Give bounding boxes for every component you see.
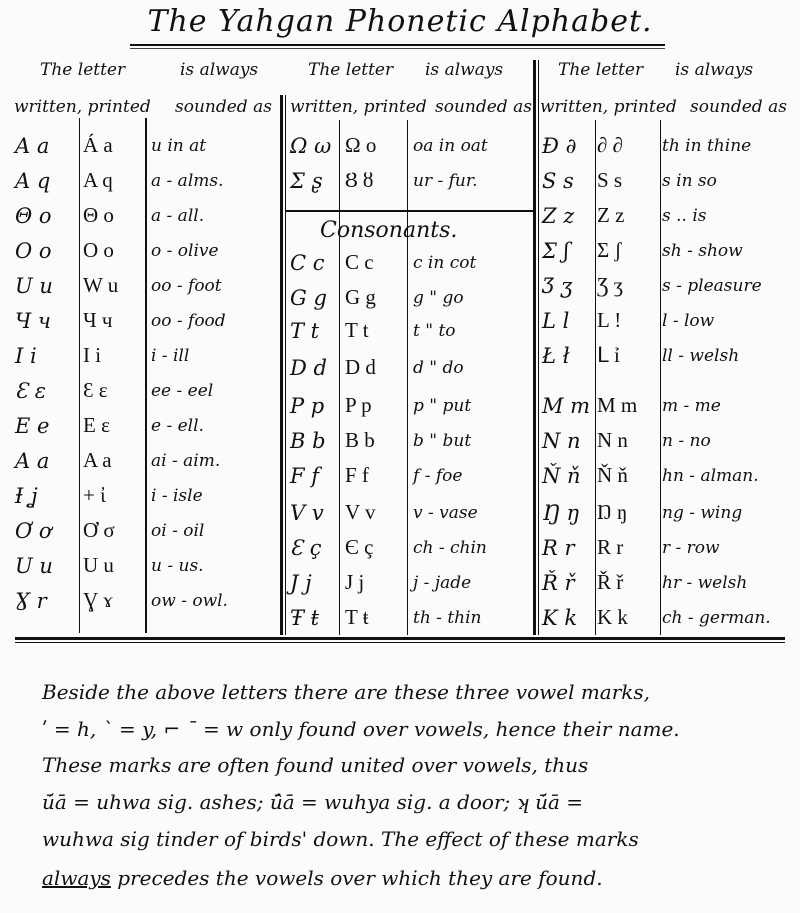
- consonants-heading: Consonants.: [320, 218, 457, 243]
- table-row: Ω ωΩ οoa in oat: [290, 128, 488, 163]
- header-sounded-as-2: sounded as: [435, 97, 532, 117]
- header-written-printed-1: written, printed: [14, 97, 151, 117]
- table-row: F fF ff - foe: [290, 458, 462, 493]
- vowel-consonant-divider: [285, 210, 535, 212]
- table-row: J jJ jj - jade: [290, 565, 471, 600]
- emphasis-always: always: [42, 866, 111, 890]
- note-line: ū́ā = uhwa sig. ashes; ū̂ā = wuhya sig. …: [42, 790, 583, 814]
- table-row: M mM mm - me: [542, 388, 721, 423]
- table-row: C cC cc in cot: [290, 245, 476, 280]
- table-row: I iI ii - ill: [15, 338, 189, 373]
- header-sounded-as-3: sounded as: [690, 97, 787, 117]
- table-row: T tT tt " to: [290, 313, 456, 348]
- note-line: Beside the above letters there are these…: [42, 680, 650, 704]
- header-written-printed-3: written, printed: [540, 97, 677, 117]
- table-row: U uW uoo - foot: [15, 268, 222, 303]
- table-row: Ř řŘ řhr - welsh: [542, 565, 747, 600]
- table-row: Ŋ ŋŊ ŋng - wing: [542, 495, 742, 530]
- table-row: Ʃ ʂȢ ȣur - fur.: [290, 163, 478, 198]
- table-bottom-rule-secondary: [15, 642, 785, 643]
- table-row: R rR rr - row: [542, 530, 720, 565]
- table-row: Ŧ ŧT ŧth - thin: [290, 600, 482, 635]
- note-line: ʹ = h, ˋ = y, ⌐ ¯ = w only found over vo…: [42, 717, 680, 741]
- table-row: V vV vv - vase: [290, 495, 478, 530]
- table-row: Ʃ ʃΣ ʃsh - show: [542, 233, 743, 268]
- table-row: Ň ňŇ ňhn - alman.: [542, 458, 759, 493]
- table-row: Ɛ ɛƐ ɛee - eel: [15, 373, 213, 408]
- table-row: Ɣ rƔ ɤow - owl.: [15, 583, 228, 618]
- table-row: B bB bb " but: [290, 423, 471, 458]
- table-row: A aA aai - aim.: [15, 443, 220, 478]
- table-row: A aÁ au in at: [15, 128, 206, 163]
- header-sounded-as-1: sounded as: [175, 97, 272, 117]
- table-row: A qA qa - alms.: [15, 163, 224, 198]
- header-written-printed-2: written, printed: [290, 97, 427, 117]
- table-row: N nN nn - no: [542, 423, 711, 458]
- table-row: Ɛ çЄ çch - chin: [290, 530, 487, 565]
- grid-line: [538, 60, 539, 635]
- table-row: G gG gg " go: [290, 280, 464, 315]
- note-line: wuhwa sig tinder of birds' down. The eff…: [42, 827, 639, 851]
- page-title: The Yahgan Phonetic Alphabet.: [130, 4, 670, 39]
- table-row: Ɨ ʝ+ ἰi - isle: [15, 478, 203, 513]
- table-row: Ł łⅬ ỉll - welsh: [542, 338, 739, 373]
- grid-line-thick: [533, 60, 536, 635]
- table-row: Ч чЧ чoo - food: [15, 303, 226, 338]
- header-is-always-1: is always: [180, 60, 258, 80]
- header-the-letter-2: The letter: [308, 60, 393, 80]
- table-row: E eE εe - ell.: [15, 408, 204, 443]
- table-row: L lL !l - low: [542, 303, 714, 338]
- table-row: S sS ss in so: [542, 163, 717, 198]
- table-row: Ơ ơƠ σoi - oil: [15, 513, 204, 548]
- note-line-last: always precedes the vowels over which th…: [42, 866, 603, 890]
- table-row: Θ oΘ οa - all.: [15, 198, 204, 233]
- title-underline-secondary: [130, 48, 665, 49]
- table-row: O oO oo - olive: [15, 233, 219, 268]
- table-row: U uU uu - us.: [15, 548, 204, 583]
- grid-line-thick: [280, 95, 283, 635]
- title-underline: [130, 44, 665, 46]
- table-row: K kK kch - german.: [542, 600, 771, 635]
- note-line: These marks are often found united over …: [42, 753, 588, 777]
- table-row: D dD dd " do: [290, 350, 464, 385]
- header-the-letter-1: The letter: [40, 60, 125, 80]
- header-is-always-3: is always: [675, 60, 753, 80]
- header-the-letter-3: The letter: [558, 60, 643, 80]
- grid-line: [285, 95, 286, 635]
- header-is-always-2: is always: [425, 60, 503, 80]
- table-bottom-rule: [15, 637, 785, 640]
- table-row: Z zZ zs .. is: [542, 198, 707, 233]
- table-row: P pP pp " put: [290, 388, 471, 423]
- table-row: Ð ∂∂ ∂th in thine: [542, 128, 751, 163]
- table-row: Ʒ ʒƷ ʒs - pleasure: [542, 268, 762, 303]
